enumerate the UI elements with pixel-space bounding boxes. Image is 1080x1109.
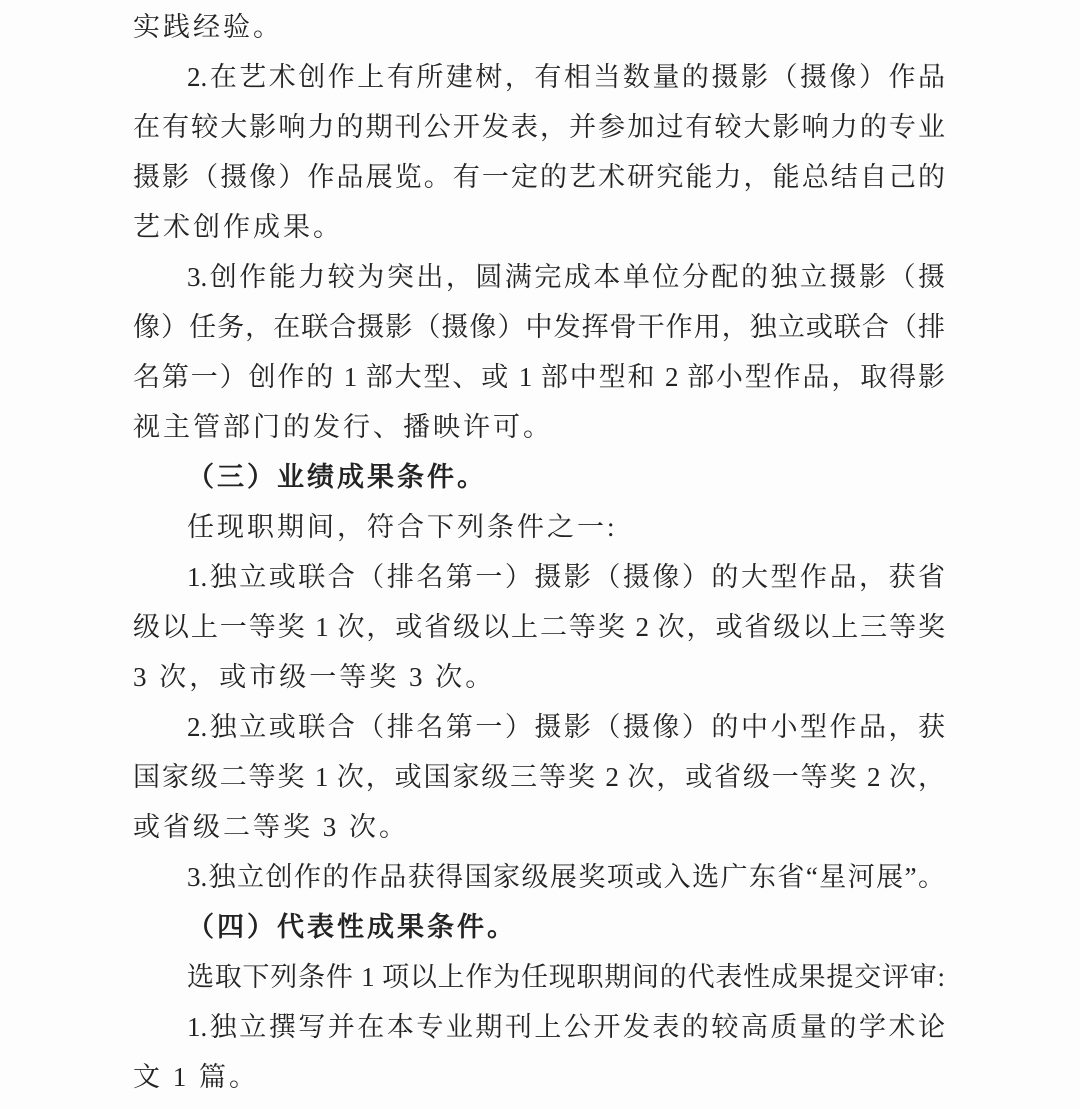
text-line: 文 1 篇。	[133, 1052, 945, 1102]
text-line: 摄影（摄像）作品展览。有一定的艺术研究能力，能总结自己的	[133, 152, 945, 202]
text-line: 1.独立撰写并在本专业期刊上公开发表的较高质量的学术论	[133, 1002, 945, 1052]
text-line: 实践经验。	[133, 2, 945, 52]
text-line: 选取下列条件 1 项以上作为任现职期间的代表性成果提交评审:	[133, 952, 945, 1002]
text-line: 3.创作能力较为突出，圆满完成本单位分配的独立摄影（摄	[133, 252, 945, 302]
section-heading: （四）代表性成果条件。	[133, 902, 945, 952]
text-line: 1.独立或联合（排名第一）摄影（摄像）的大型作品，获省	[133, 552, 945, 602]
text-line: 在有较大影响力的期刊公开发表，并参加过有较大影响力的专业	[133, 102, 945, 152]
text-line: 艺术创作成果。	[133, 202, 945, 252]
text-line: 任现职期间，符合下列条件之一:	[133, 502, 945, 552]
text-line: 视主管部门的发行、播映许可。	[133, 402, 945, 452]
text-line: 级以上一等奖 1 次，或省级以上二等奖 2 次，或省级以上三等奖	[133, 602, 945, 652]
text-line: 名第一）创作的 1 部大型、或 1 部中型和 2 部小型作品，取得影	[133, 352, 945, 402]
text-line: 3.独立创作的作品获得国家级展奖项或入选广东省“星河展”。	[133, 852, 945, 902]
section-heading: （三）业绩成果条件。	[133, 452, 945, 502]
text-line: 国家级二等奖 1 次，或国家级三等奖 2 次，或省级一等奖 2 次，	[133, 752, 945, 802]
text-line: 2.在艺术创作上有所建树，有相当数量的摄影（摄像）作品	[133, 52, 945, 102]
text-line: 2.独立或联合（排名第一）摄影（摄像）的中小型作品，获	[133, 702, 945, 752]
text-line: 像）任务，在联合摄影（摄像）中发挥骨干作用，独立或联合（排	[133, 302, 945, 352]
document-page: 实践经验。2.在艺术创作上有所建树，有相当数量的摄影（摄像）作品在有较大影响力的…	[0, 0, 1080, 1109]
text-line: 或省级二等奖 3 次。	[133, 802, 945, 852]
text-line: 3 次，或市级一等奖 3 次。	[133, 652, 945, 702]
